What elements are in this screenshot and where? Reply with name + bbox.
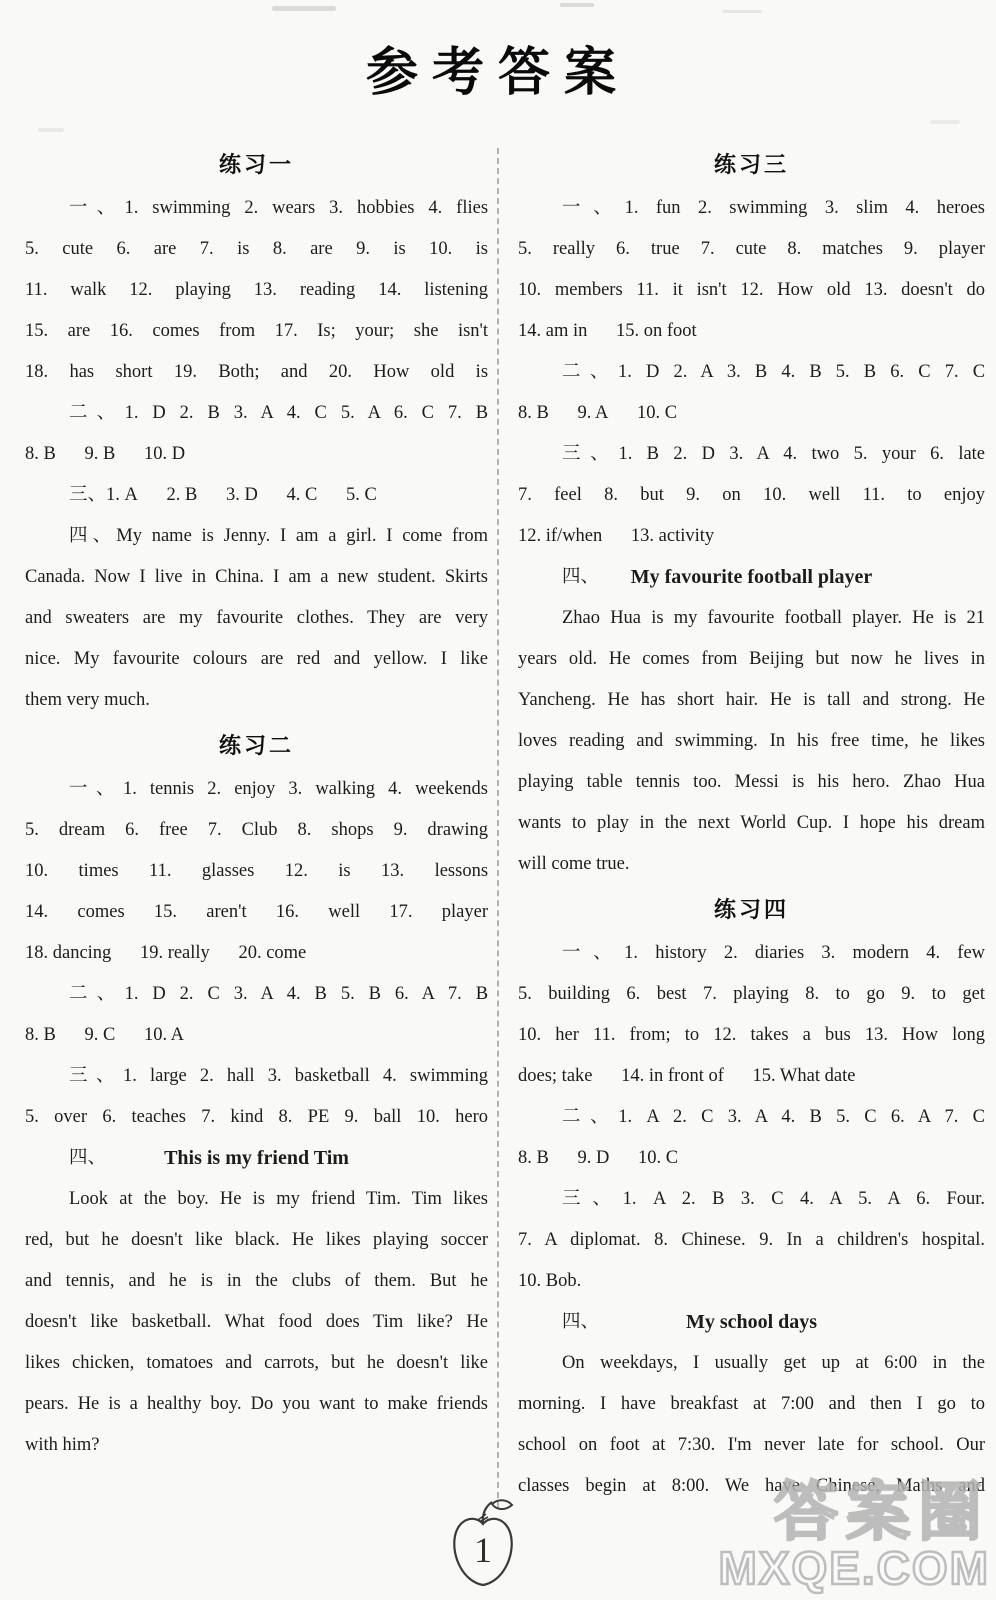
answer-item: 7. playing <box>703 984 789 1004</box>
answer-item: 6. late <box>930 444 985 464</box>
answer-item: 9. on <box>686 485 741 505</box>
answer-item: 9. B <box>84 444 115 464</box>
watermark: 答案圈 MXQE.COM <box>718 1480 990 1592</box>
answer-item: 5. A <box>858 1189 900 1209</box>
scan-artifact <box>722 10 762 13</box>
answer-item: 4. heroes <box>905 198 985 218</box>
answer-line: 10. members 11. it isn't 12. How old 13.… <box>518 270 985 311</box>
answer-item: 9. is <box>356 239 406 259</box>
apple-icon: 1 <box>445 1494 521 1590</box>
answer-item: 8. B <box>518 1148 549 1168</box>
answer-item: 15. What date <box>753 1066 856 1086</box>
answer-line: 三、1. A 2. B 3. D 4. C 5. C <box>25 475 488 516</box>
paragraph-line: doesn't like basketball. What food does … <box>25 1302 488 1343</box>
answer-item: 12. if/when <box>518 526 602 546</box>
answer-item: 20. How old is <box>329 362 488 382</box>
answer-item: 9. D <box>577 1148 609 1168</box>
answer-item: 4. B <box>781 362 821 382</box>
exercise-header: 练习一 <box>25 144 488 185</box>
right-column: 练习三一、1. fun 2. swimming 3. slim 4. heroe… <box>518 140 985 1507</box>
answer-item: 2. hall <box>200 1066 255 1086</box>
answer-item: 9. In a children's hospital. <box>759 1230 985 1250</box>
answer-item: 三、1. B <box>562 444 659 464</box>
paragraph-line: nice. My favourite colours are red and y… <box>25 639 488 680</box>
answer-item: 3. A <box>729 444 769 464</box>
answer-item: 10. A <box>144 1025 184 1045</box>
answer-item: 4. C <box>286 485 317 505</box>
answer-line: 14. comes 15. aren't 16. well 17. player <box>25 892 488 933</box>
answer-item: 11. glasses <box>149 861 254 881</box>
answer-item: 10. well <box>763 485 840 505</box>
answer-line: 14. am in 15. on foot <box>518 311 985 352</box>
exercise-header: 练习四 <box>518 889 985 930</box>
paragraph-line: playing table tennis too. Messi is his h… <box>518 762 985 803</box>
answer-line: 18. dancing 19. really 20. come <box>25 933 488 974</box>
answer-item: 4. B <box>287 984 327 1004</box>
answer-line: 二、1. D 2. C 3. A 4. B 5. B 6. A 7. B <box>25 974 488 1015</box>
answer-item: 8. B <box>518 403 549 423</box>
answer-line: 15. are 16. comes from 17. Is; your; she… <box>25 311 488 352</box>
paragraph-line: Zhao Hua is my favourite football player… <box>518 598 985 639</box>
answer-item: 12. is <box>285 861 351 881</box>
answer-line: 一、1. history 2. diaries 3. modern 4. few <box>518 933 985 974</box>
answer-item: 一、1. history <box>562 943 707 963</box>
answer-line: 5. over 6. teaches 7. kind 8. PE 9. ball… <box>25 1097 488 1138</box>
paragraph-line: wants to play in the next World Cup. I h… <box>518 803 985 844</box>
answer-item: 13. How long <box>865 1025 985 1045</box>
answer-item: 4. weekends <box>388 779 488 799</box>
answer-item: 4. C <box>287 403 327 423</box>
answer-item: 5. C <box>836 1107 876 1127</box>
answer-item: 11. to enjoy <box>863 485 985 505</box>
paragraph-line: Canada. Now I live in China. I am a new … <box>25 557 488 598</box>
answer-item: 14. am in <box>518 321 587 341</box>
answer-item: 3. C <box>741 1189 784 1209</box>
answer-line: 5. dream 6. free 7. Club 8. shops 9. dra… <box>25 810 488 851</box>
answer-item: 19. Both; and <box>174 362 308 382</box>
page-number: 1 <box>474 1530 492 1570</box>
answer-item: 7. kind <box>201 1107 263 1127</box>
answer-item: 8. B <box>25 1025 56 1045</box>
watermark-brand: 答案圈 <box>718 1480 990 1545</box>
answer-item: 12. How old <box>740 280 850 300</box>
scanned-answer-page: 参考答案 练习一一、1. swimming 2. wears 3. hobbie… <box>0 0 996 1600</box>
answer-line: 二、1. A 2. C 3. A 4. B 5. C 6. A 7. C <box>518 1097 985 1138</box>
answer-item: 2. B <box>682 1189 725 1209</box>
answer-item: 2. A <box>673 362 712 382</box>
watermark-site: MXQE.COM <box>718 1545 990 1592</box>
paragraph-line: red, but he doesn't like black. He likes… <box>25 1220 488 1261</box>
answer-item: 7. A diplomat. <box>518 1230 641 1250</box>
answer-item: 10. C <box>638 1148 678 1168</box>
answer-item: 9. A <box>577 403 608 423</box>
answer-item: 2. B <box>180 403 220 423</box>
paragraph-line: morning. I have breakfast at 7:00 and th… <box>518 1384 985 1425</box>
answer-line: 5. cute 6. are 7. is 8. are 9. is 10. is <box>25 229 488 270</box>
answer-line: 5. really 6. true 7. cute 8. matches 9. … <box>518 229 985 270</box>
paragraph-line: years old. He comes from Beijing but now… <box>518 639 985 680</box>
answer-item: 12. playing <box>129 280 231 300</box>
answer-item: 4. two <box>783 444 839 464</box>
answer-item: 3. slim <box>825 198 888 218</box>
answer-item: 11. walk <box>25 280 106 300</box>
answer-item: 2. diaries <box>724 943 804 963</box>
answer-item: 10. her <box>518 1025 579 1045</box>
exercise-header: 练习二 <box>25 725 488 766</box>
left-column: 练习一一、1. swimming 2. wears 3. hobbies 4. … <box>25 140 488 1466</box>
answer-item: 三、1. large <box>69 1066 187 1086</box>
answer-item: 5. cute <box>25 239 93 259</box>
answer-item: 8. matches <box>787 239 883 259</box>
section-marker: 四、 <box>562 557 599 598</box>
answer-item: 2. wears <box>244 198 315 218</box>
answer-line: does; take 14. in front of 15. What date <box>518 1056 985 1097</box>
answer-item: 15. aren't <box>154 902 247 922</box>
answer-item: 14. listening <box>378 280 488 300</box>
answer-item: 10. members <box>518 280 623 300</box>
answer-item: 7. cute <box>701 239 767 259</box>
page-title: 参考答案 <box>0 30 996 105</box>
paragraph-line: will come true. <box>518 844 985 885</box>
answer-item: 二、1. D <box>562 362 659 382</box>
answer-item: 6. teaches <box>102 1107 186 1127</box>
answer-item: 3. D <box>226 485 258 505</box>
answer-item: 5. really <box>518 239 595 259</box>
paragraph-line: pears. He is a healthy boy. Do you want … <box>25 1384 488 1425</box>
answer-item: 6. true <box>616 239 680 259</box>
answer-item: does; take <box>518 1066 593 1086</box>
answer-item: 17. Is; your; she isn't <box>275 321 488 341</box>
paragraph-line: and sweaters are my favourite clothes. T… <box>25 598 488 639</box>
answer-item: 三、1. A <box>562 1189 665 1209</box>
answer-item: 4. few <box>926 943 985 963</box>
answer-item: 8. Chinese. <box>654 1230 746 1250</box>
answer-item: 3. A <box>234 403 273 423</box>
answer-item: 3. hobbies <box>329 198 414 218</box>
answer-item: 5. over <box>25 1107 87 1127</box>
answer-item: 14. in front of <box>621 1066 724 1086</box>
answer-item: 7. B <box>448 984 488 1004</box>
paragraph-line: with him? <box>25 1425 488 1466</box>
answer-line: 7. feel 8. but 9. on 10. well 11. to enj… <box>518 475 985 516</box>
answer-item: 2. C <box>180 984 220 1004</box>
answer-item: 一、1. tennis <box>69 779 194 799</box>
answer-item: 5. your <box>854 444 916 464</box>
answer-line: 二、1. D 2. A 3. B 4. B 5. B 6. C 7. C <box>518 352 985 393</box>
paragraph-line: Look at the boy. He is my friend Tim. Ti… <box>25 1179 488 1220</box>
answer-item: 一、1. fun <box>562 198 681 218</box>
paragraph-line: loves reading and swimming. In his free … <box>518 721 985 762</box>
paragraph-line: On weekdays, I usually get up at 6:00 in… <box>518 1343 985 1384</box>
answer-item: 9. ball <box>345 1107 402 1127</box>
answer-item: 8. are <box>273 239 333 259</box>
answer-item: 6. C <box>394 403 434 423</box>
answer-item: 6. A <box>891 1107 930 1127</box>
answer-item: 11. from; to <box>593 1025 699 1045</box>
section-marker: 四、 <box>69 1138 106 1179</box>
answer-line: 一、1. fun 2. swimming 3. slim 4. heroes <box>518 188 985 229</box>
paragraph-line: and tennis, and he is in the clubs of th… <box>25 1261 488 1302</box>
answer-item: 4. B <box>781 1107 821 1127</box>
answer-line: 10. Bob. <box>518 1261 985 1302</box>
answer-item: 2. enjoy <box>207 779 275 799</box>
answer-item: 18. has short <box>25 362 153 382</box>
answer-item: 14. comes <box>25 902 125 922</box>
answer-item: 10. hero <box>417 1107 488 1127</box>
answer-item: 5. dream <box>25 820 105 840</box>
answer-item: 15. are <box>25 321 90 341</box>
answer-item: 5. C <box>346 485 377 505</box>
answer-line: 一、1. tennis 2. enjoy 3. walking 4. weeke… <box>25 769 488 810</box>
answer-item: 9. C <box>84 1025 115 1045</box>
answer-item: 13. activity <box>631 526 714 546</box>
essay-title-row: 四、My school days <box>518 1302 985 1343</box>
answer-item: 8. to go <box>805 984 885 1004</box>
answer-item: 9. to get <box>901 984 985 1004</box>
answer-item: 13. doesn't do <box>864 280 985 300</box>
answer-line: 18. has short 19. Both; and 20. How old … <box>25 352 488 393</box>
exercise-header: 练习三 <box>518 144 985 185</box>
answer-item: 二、1. D <box>69 984 166 1004</box>
answer-item: 6. free <box>125 820 188 840</box>
section-marker: 四、 <box>562 1302 599 1343</box>
paragraph-line: them very much. <box>25 680 488 721</box>
answer-line: 一、1. swimming 2. wears 3. hobbies 4. fli… <box>25 188 488 229</box>
answer-item: 17. player <box>389 902 488 922</box>
answer-item: 10. Bob. <box>518 1271 581 1291</box>
answer-line: 5. building 6. best 7. playing 8. to go … <box>518 974 985 1015</box>
answer-item: 18. dancing <box>25 943 111 963</box>
scan-artifact <box>930 120 960 124</box>
answer-item: 7. C <box>945 1107 985 1127</box>
answer-item: 8. shops <box>298 820 374 840</box>
column-divider <box>497 148 499 1508</box>
paragraph-line: 四、My name is Jenny. I am a girl. I come … <box>25 516 488 557</box>
answer-line: 11. walk 12. playing 13. reading 14. lis… <box>25 270 488 311</box>
answer-item: 8. but <box>604 485 664 505</box>
answer-item: 7. Club <box>208 820 278 840</box>
answer-item: 一、1. swimming <box>69 198 230 218</box>
answer-line: 10. her 11. from; to 12. takes a bus 13.… <box>518 1015 985 1056</box>
answer-item: 3. modern <box>821 943 909 963</box>
answer-item: 5. A <box>341 403 380 423</box>
answer-item: 20. come <box>238 943 306 963</box>
answer-line: 8. B 9. D 10. C <box>518 1138 985 1179</box>
answer-item: 2. C <box>673 1107 713 1127</box>
answer-line: 12. if/when 13. activity <box>518 516 985 557</box>
answer-item: 3. B <box>727 362 767 382</box>
answer-item: 5. B <box>341 984 381 1004</box>
answer-line: 三、1. large 2. hall 3. basketball 4. swim… <box>25 1056 488 1097</box>
answer-item: 三、1. A <box>69 485 138 505</box>
answer-item: 3. A <box>234 984 273 1004</box>
answer-line: 三、1. A 2. B 3. C 4. A 5. A 6. Four. <box>518 1179 985 1220</box>
paragraph-line: school on foot at 7:30. I'm never late f… <box>518 1425 985 1466</box>
answer-line: 8. B 9. C 10. A <box>25 1015 488 1056</box>
answer-item: 13. reading <box>254 280 356 300</box>
essay-title-row: 四、This is my friend Tim <box>25 1138 488 1179</box>
page-number-badge: 1 <box>445 1494 521 1590</box>
answer-item: 10. times <box>25 861 119 881</box>
answer-item: 10. is <box>429 239 488 259</box>
answer-item: 13. lessons <box>381 861 488 881</box>
answer-item: 4. swimming <box>383 1066 488 1086</box>
answer-item: 9. player <box>904 239 985 259</box>
answer-item: 5. building <box>518 984 610 1004</box>
answer-item: 2. D <box>673 444 715 464</box>
answer-item: 7. is <box>200 239 250 259</box>
answer-line: 二、1. D 2. B 3. A 4. C 5. A 6. C 7. B <box>25 393 488 434</box>
scan-artifact <box>560 3 594 7</box>
paragraph-line: likes chicken, tomatoes and carrots, but… <box>25 1343 488 1384</box>
answer-item: 6. A <box>395 984 434 1004</box>
answer-line: 10. times 11. glasses 12. is 13. lessons <box>25 851 488 892</box>
answer-item: 3. basketball <box>268 1066 370 1086</box>
answer-item: 二、1. D <box>69 403 166 423</box>
answer-item: 10. D <box>144 444 185 464</box>
answer-item: 6. best <box>626 984 686 1004</box>
answer-item: 7. B <box>448 403 488 423</box>
answer-item: 12. takes a bus <box>713 1025 850 1045</box>
answer-item: 8. B <box>25 444 56 464</box>
essay-title-row: 四、My favourite football player <box>518 557 985 598</box>
answer-item: 16. comes from <box>110 321 255 341</box>
answer-item: 10. C <box>637 403 677 423</box>
answer-item: 3. A <box>728 1107 767 1127</box>
answer-line: 7. A diplomat. 8. Chinese. 9. In a child… <box>518 1220 985 1261</box>
answer-item: 6. C <box>890 362 930 382</box>
answer-item: 9. drawing <box>394 820 488 840</box>
answer-item: 6. are <box>117 239 177 259</box>
answer-item: 4. flies <box>428 198 488 218</box>
answer-item: 16. well <box>276 902 360 922</box>
answer-item: 二、1. A <box>562 1107 659 1127</box>
answer-item: 2. swimming <box>698 198 807 218</box>
answer-line: 8. B 9. B 10. D <box>25 434 488 475</box>
answer-line: 8. B 9. A 10. C <box>518 393 985 434</box>
answer-item: 8. PE <box>279 1107 330 1127</box>
answer-item: 7. C <box>945 362 985 382</box>
answer-item: 4. A <box>800 1189 842 1209</box>
answer-item: 11. it isn't <box>636 280 726 300</box>
answer-item: 5. B <box>836 362 876 382</box>
answer-item: 6. Four. <box>916 1189 985 1209</box>
answer-item: 3. walking <box>288 779 375 799</box>
answer-item: 19. really <box>140 943 210 963</box>
scan-artifact <box>272 6 336 11</box>
answer-line: 三、1. B 2. D 3. A 4. two 5. your 6. late <box>518 434 985 475</box>
answer-item: 2. B <box>167 485 198 505</box>
answer-item: 7. feel <box>518 485 582 505</box>
answer-item: 15. on foot <box>616 321 697 341</box>
paragraph-line: Yancheng. He has short hair. He is tall … <box>518 680 985 721</box>
scan-artifact <box>38 128 64 132</box>
